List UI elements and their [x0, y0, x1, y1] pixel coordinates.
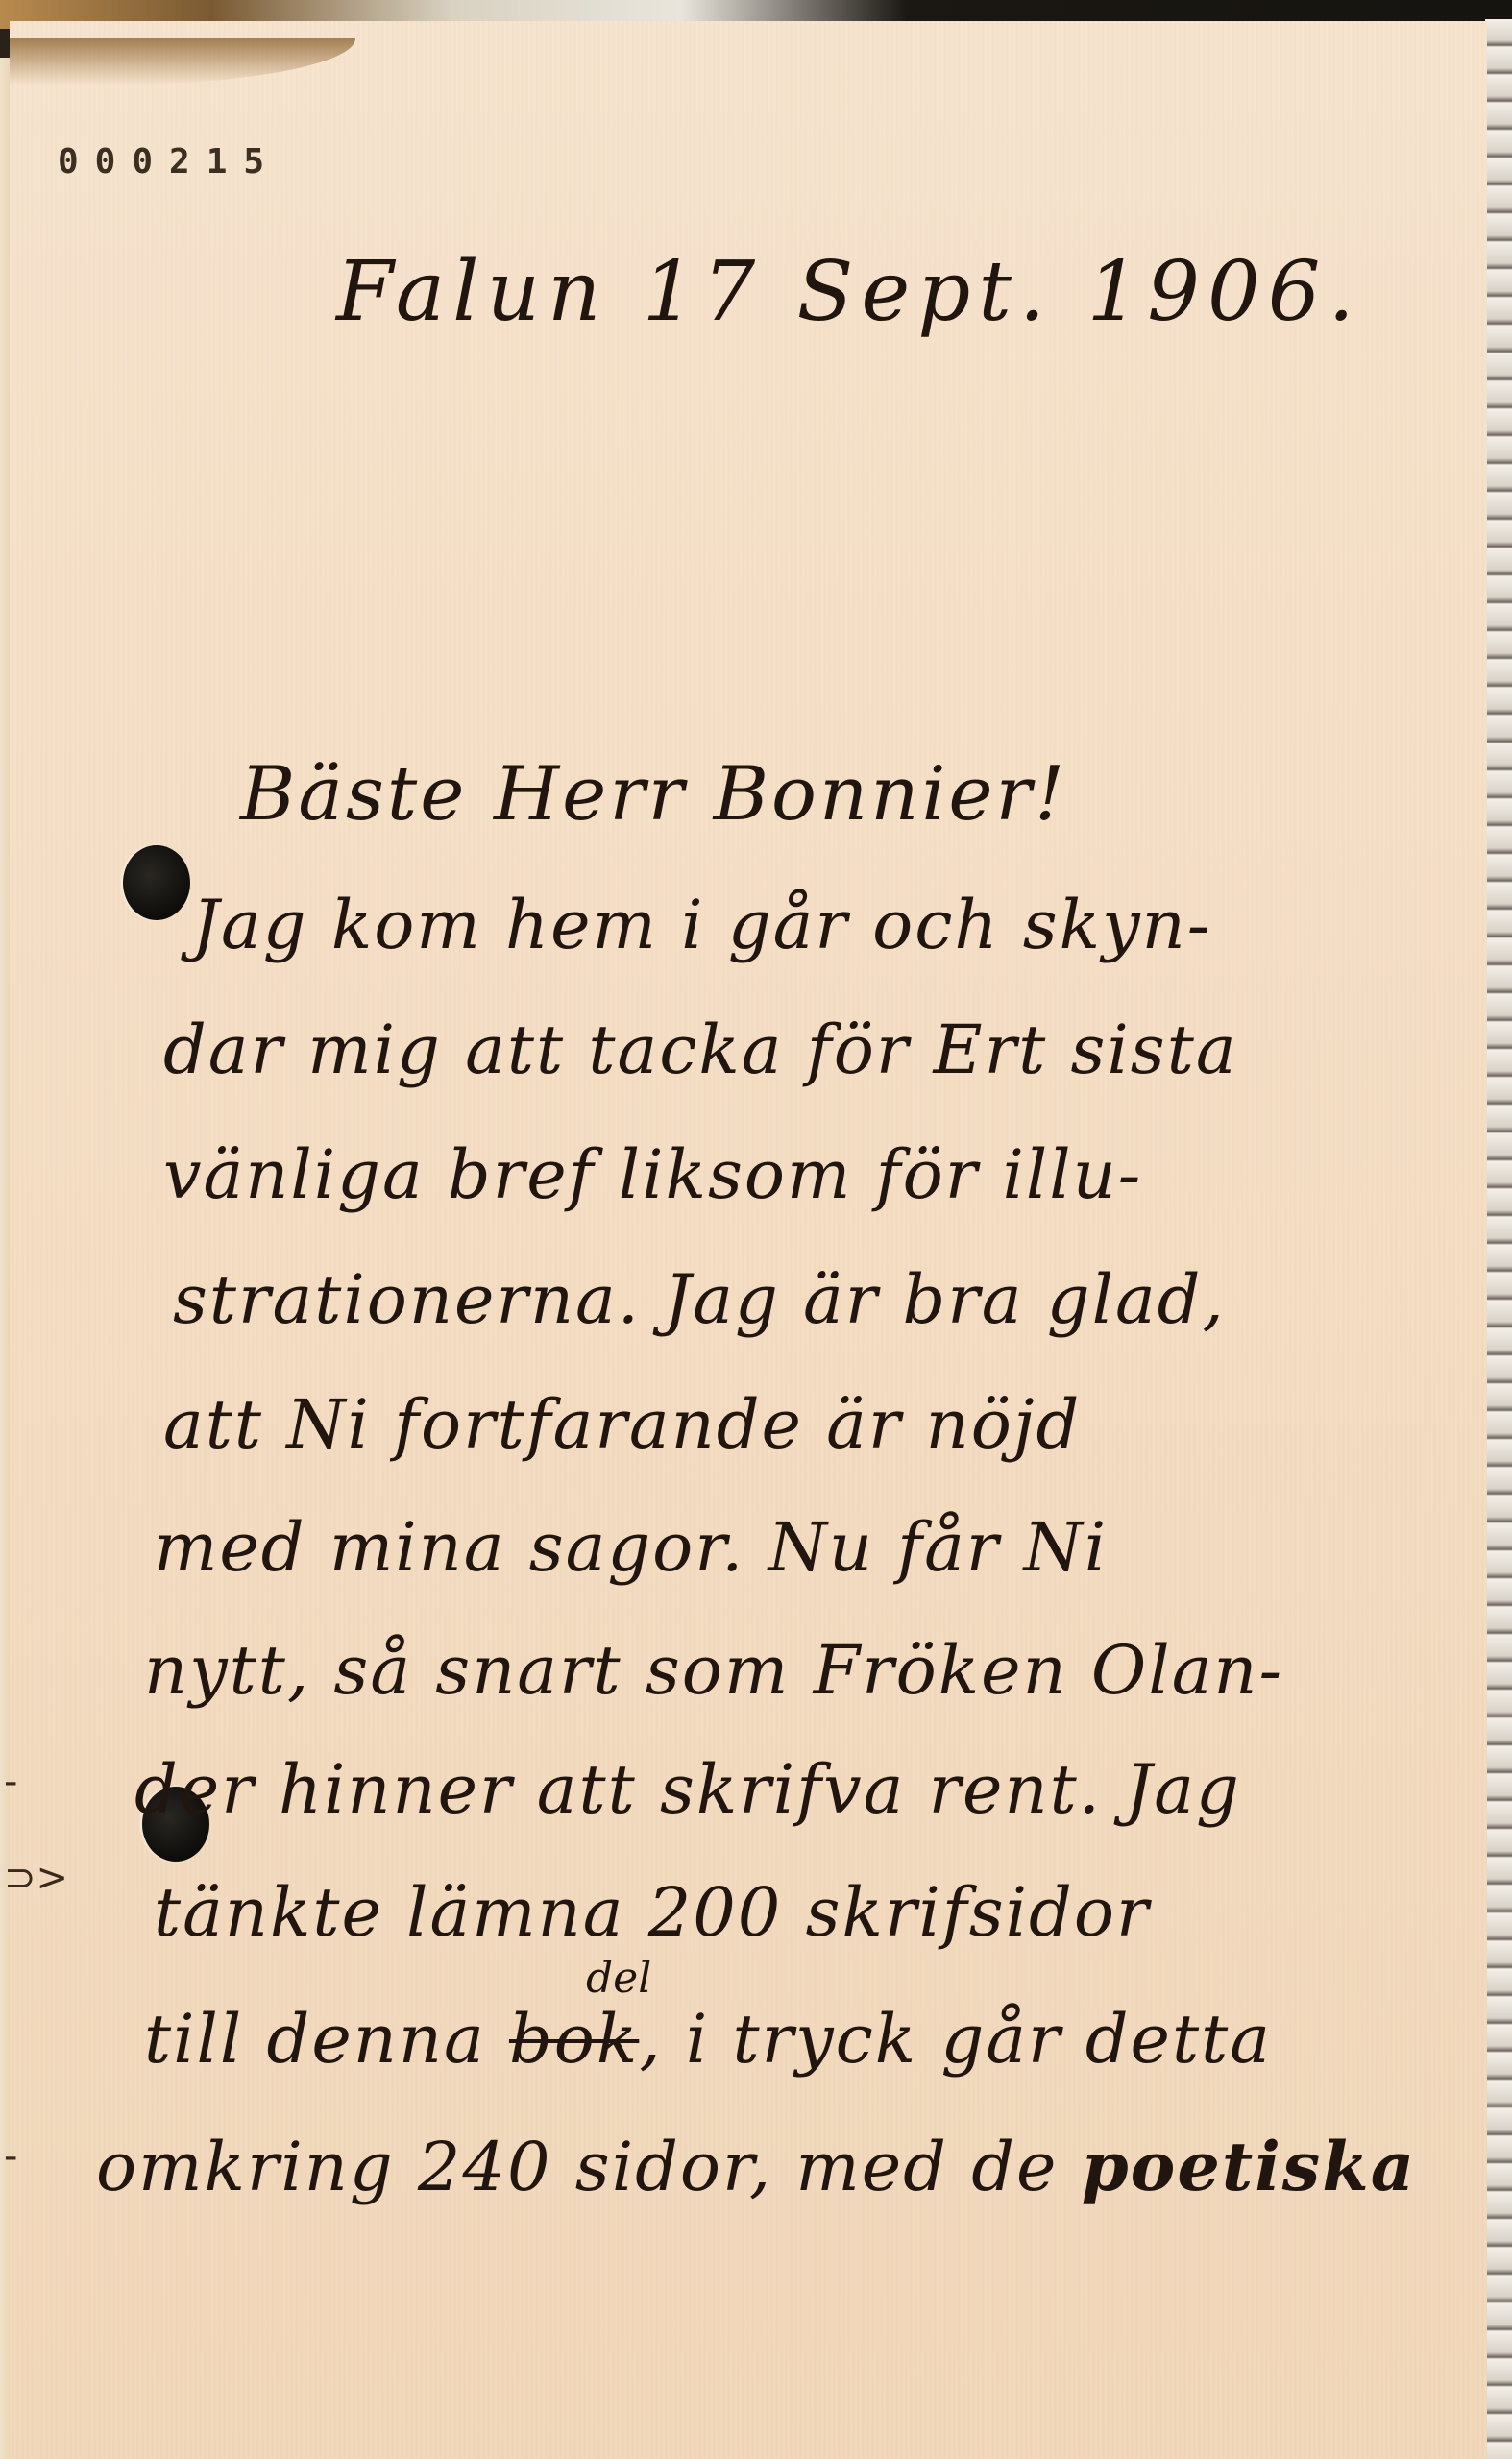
dateline: Falun 17 Sept. 1906. [336, 244, 1362, 340]
letter-line-3: vänliga bref liksom för illu- [163, 1135, 1142, 1214]
letter-line-8: der hinner att skrifva rent. Jag [134, 1750, 1241, 1829]
corrected-word: poetiska [1082, 2127, 1416, 2206]
letter-line-7: nytt, så snart som Fröken Olan- [144, 1631, 1283, 1710]
page-stack-edge-right [1485, 19, 1512, 2459]
letter-line-6: med mina sagor. Nu får Ni [154, 1508, 1108, 1587]
letter-line-1: Jag kom hem i går och skyn- [192, 886, 1211, 964]
letter-line-2: dar mig att tacka för Ert sista [163, 1010, 1238, 1089]
shadow [10, 38, 355, 85]
letter-line-5: att Ni fortfarande är nöjd [163, 1385, 1081, 1464]
punch-hole-upper [123, 845, 190, 920]
margin-mark-dash-1: - [4, 1760, 17, 1804]
letter-page: 000215 Falun 17 Sept. 1906. Bäste Herr B… [10, 21, 1487, 2459]
margin-mark-arrow: ⊃> [4, 1856, 68, 1900]
letter-line-11: omkring 240 sidor, med de poetiska [96, 2127, 1416, 2206]
margin-mark-dash-2: - [4, 2134, 17, 2179]
line-10-after: , i tryck går detta [639, 2000, 1272, 2079]
letter-line-10: till denna bok, i tryck går detta [144, 2000, 1272, 2079]
line-10-before: till denna [144, 2000, 509, 2079]
letter-line-9: tänkte lämna 200 skrifsidor [154, 1873, 1150, 1952]
line-11-before: omkring 240 sidor, med de [96, 2128, 1082, 2206]
archive-number-stamp: 000215 [58, 142, 280, 182]
salutation: Bäste Herr Bonnier! [240, 751, 1067, 838]
letter-line-4: strationerna. Jag är bra glad, [173, 1260, 1226, 1339]
struck-word: bok [509, 2000, 639, 2079]
insertion-above-line: del [586, 1954, 651, 2003]
